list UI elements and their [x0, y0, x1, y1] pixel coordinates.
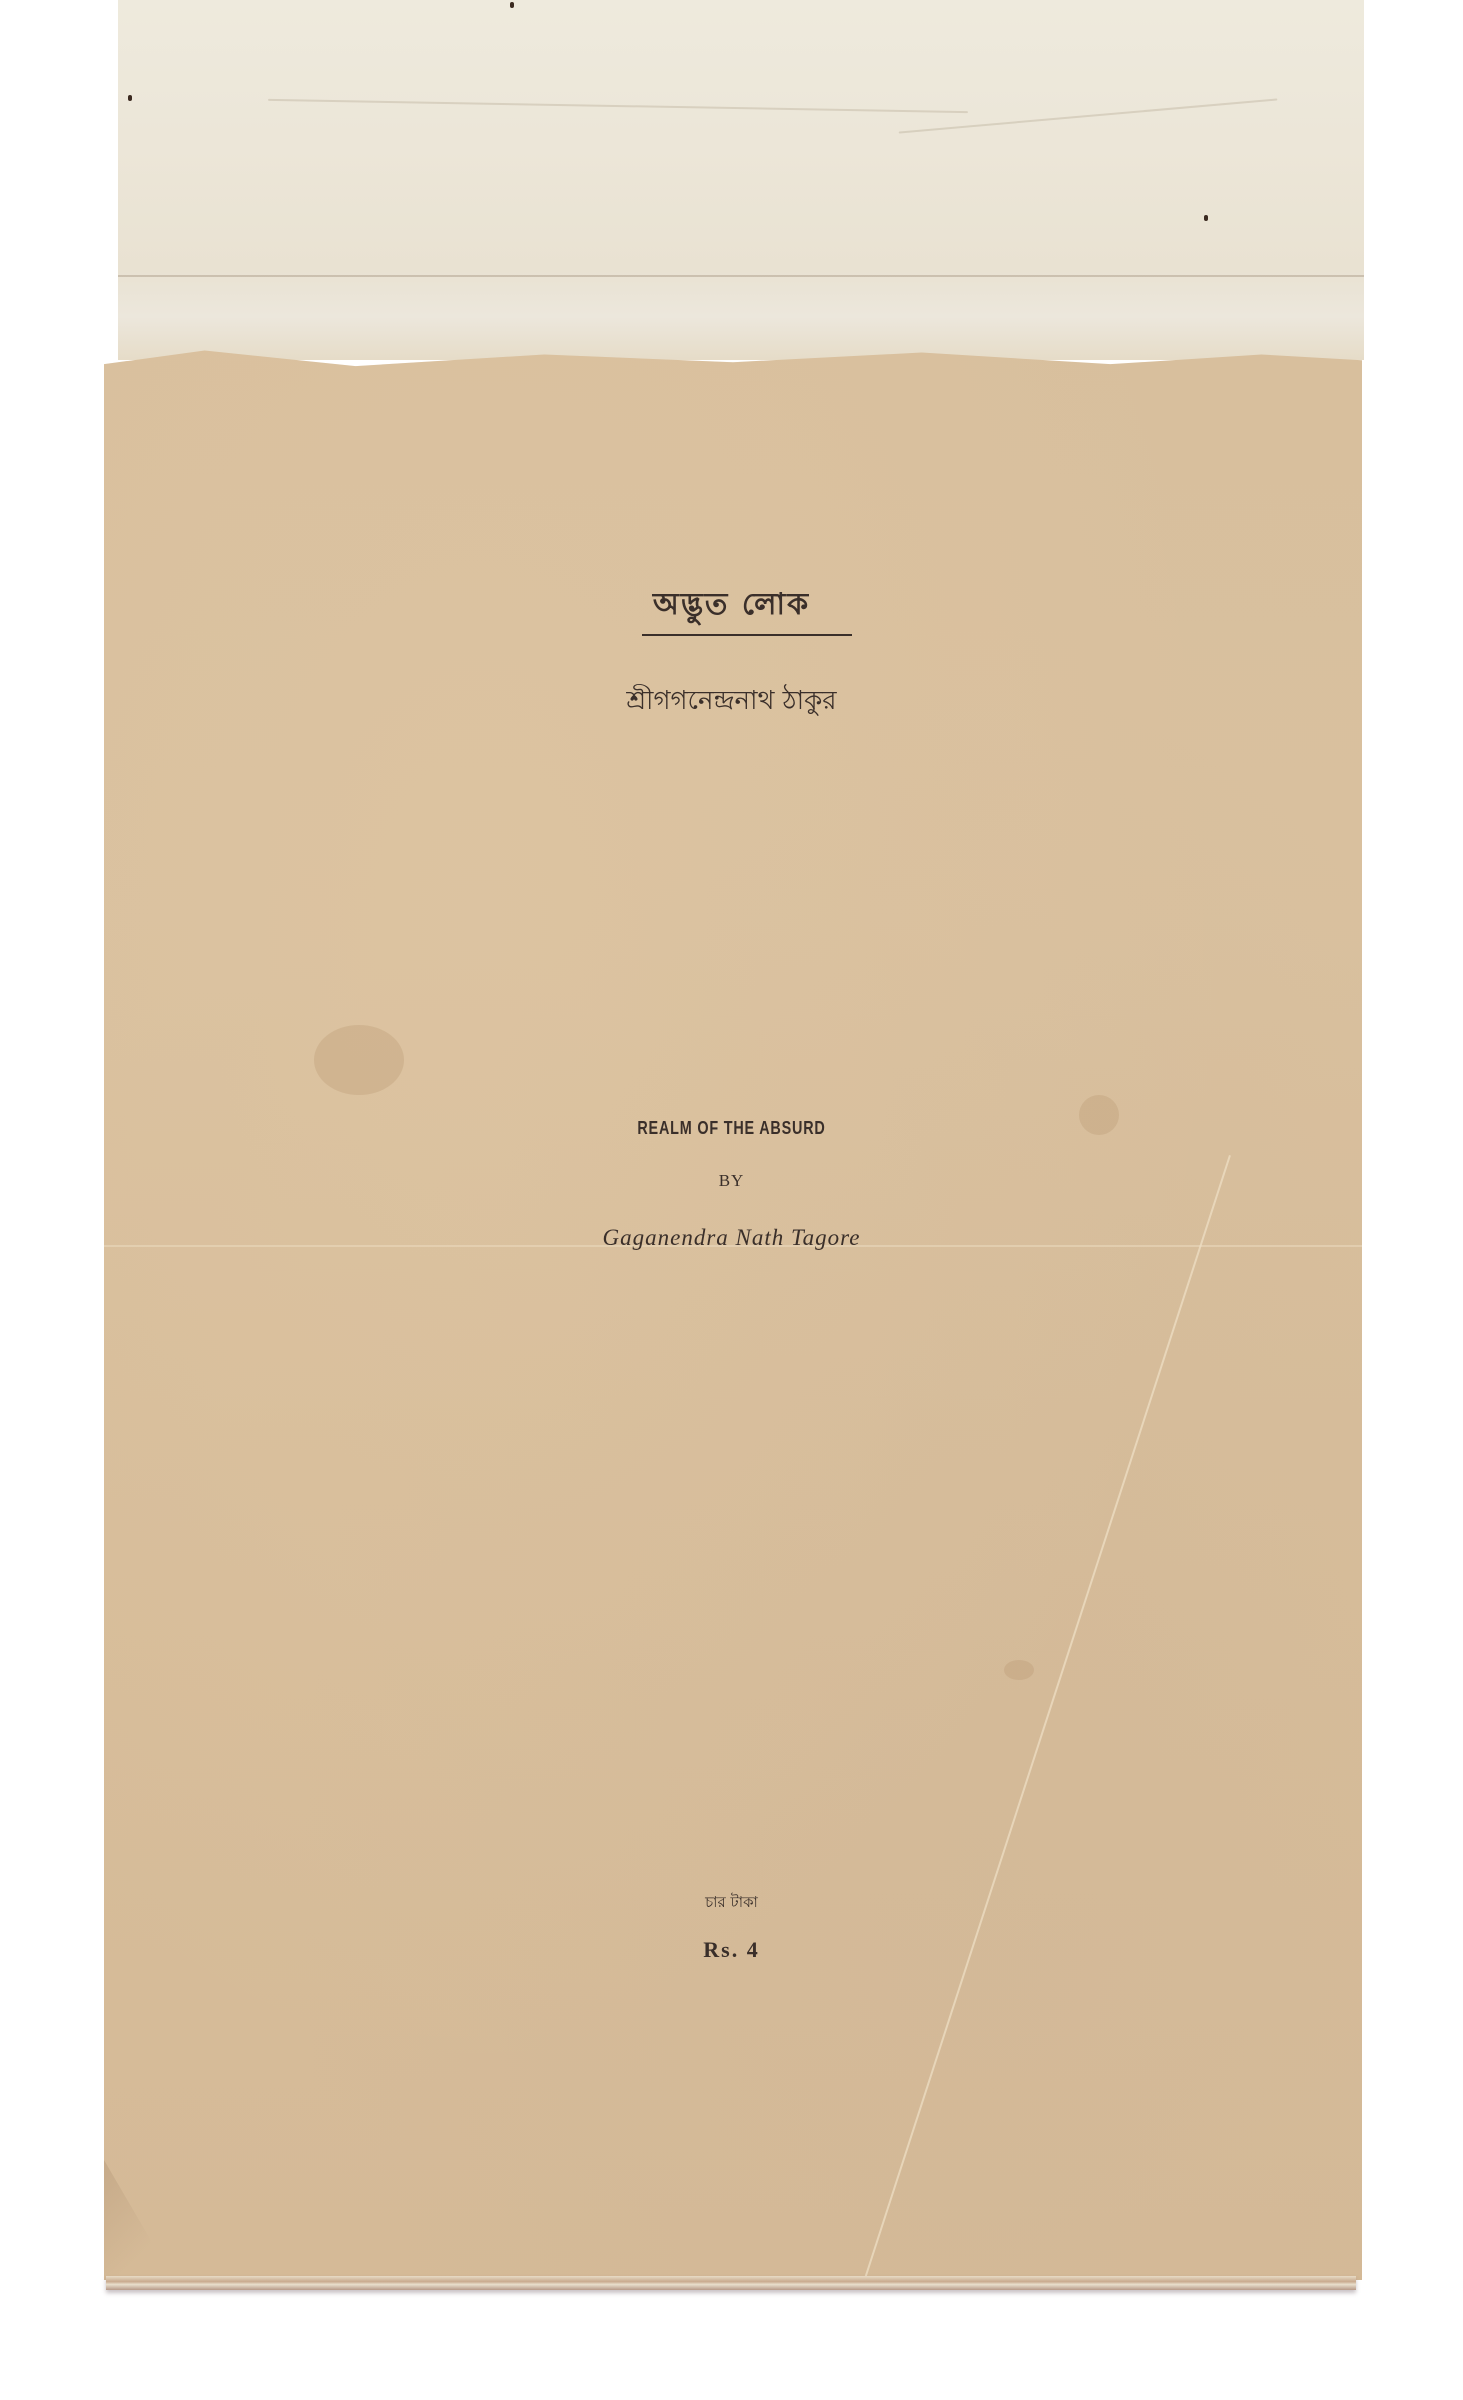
stain	[1004, 1660, 1034, 1680]
page-edges	[106, 2276, 1356, 2290]
title-underline	[642, 634, 852, 636]
flyleaf-spot	[1204, 215, 1208, 221]
stain	[314, 1025, 404, 1095]
bengali-author: শ্রীগগনেন্দ্রনাথ ঠাকুর	[0, 680, 1463, 724]
english-author: Gaganendra Nath Tagore	[0, 1225, 1463, 1251]
english-title: REALM OF THE ABSURD	[146, 1118, 1316, 1139]
flyleaf-wrinkle	[899, 98, 1278, 133]
diagonal-crease	[858, 1155, 1231, 2297]
flyleaf-spot	[510, 2, 514, 8]
price-bengali: চার টাকা	[0, 1891, 1463, 1916]
price-english: Rs. 4	[0, 1937, 1463, 1963]
flyleaf-wrinkle	[268, 99, 968, 113]
flyleaf-crease	[118, 275, 1364, 277]
by-line: BY	[0, 1171, 1463, 1191]
flyleaf-spot	[128, 95, 132, 101]
flyleaf	[118, 0, 1364, 360]
bengali-title: অদ্ভুত লোক	[0, 580, 1463, 631]
show-through-text	[540, 1148, 940, 1171]
corner-fold	[104, 2160, 174, 2280]
